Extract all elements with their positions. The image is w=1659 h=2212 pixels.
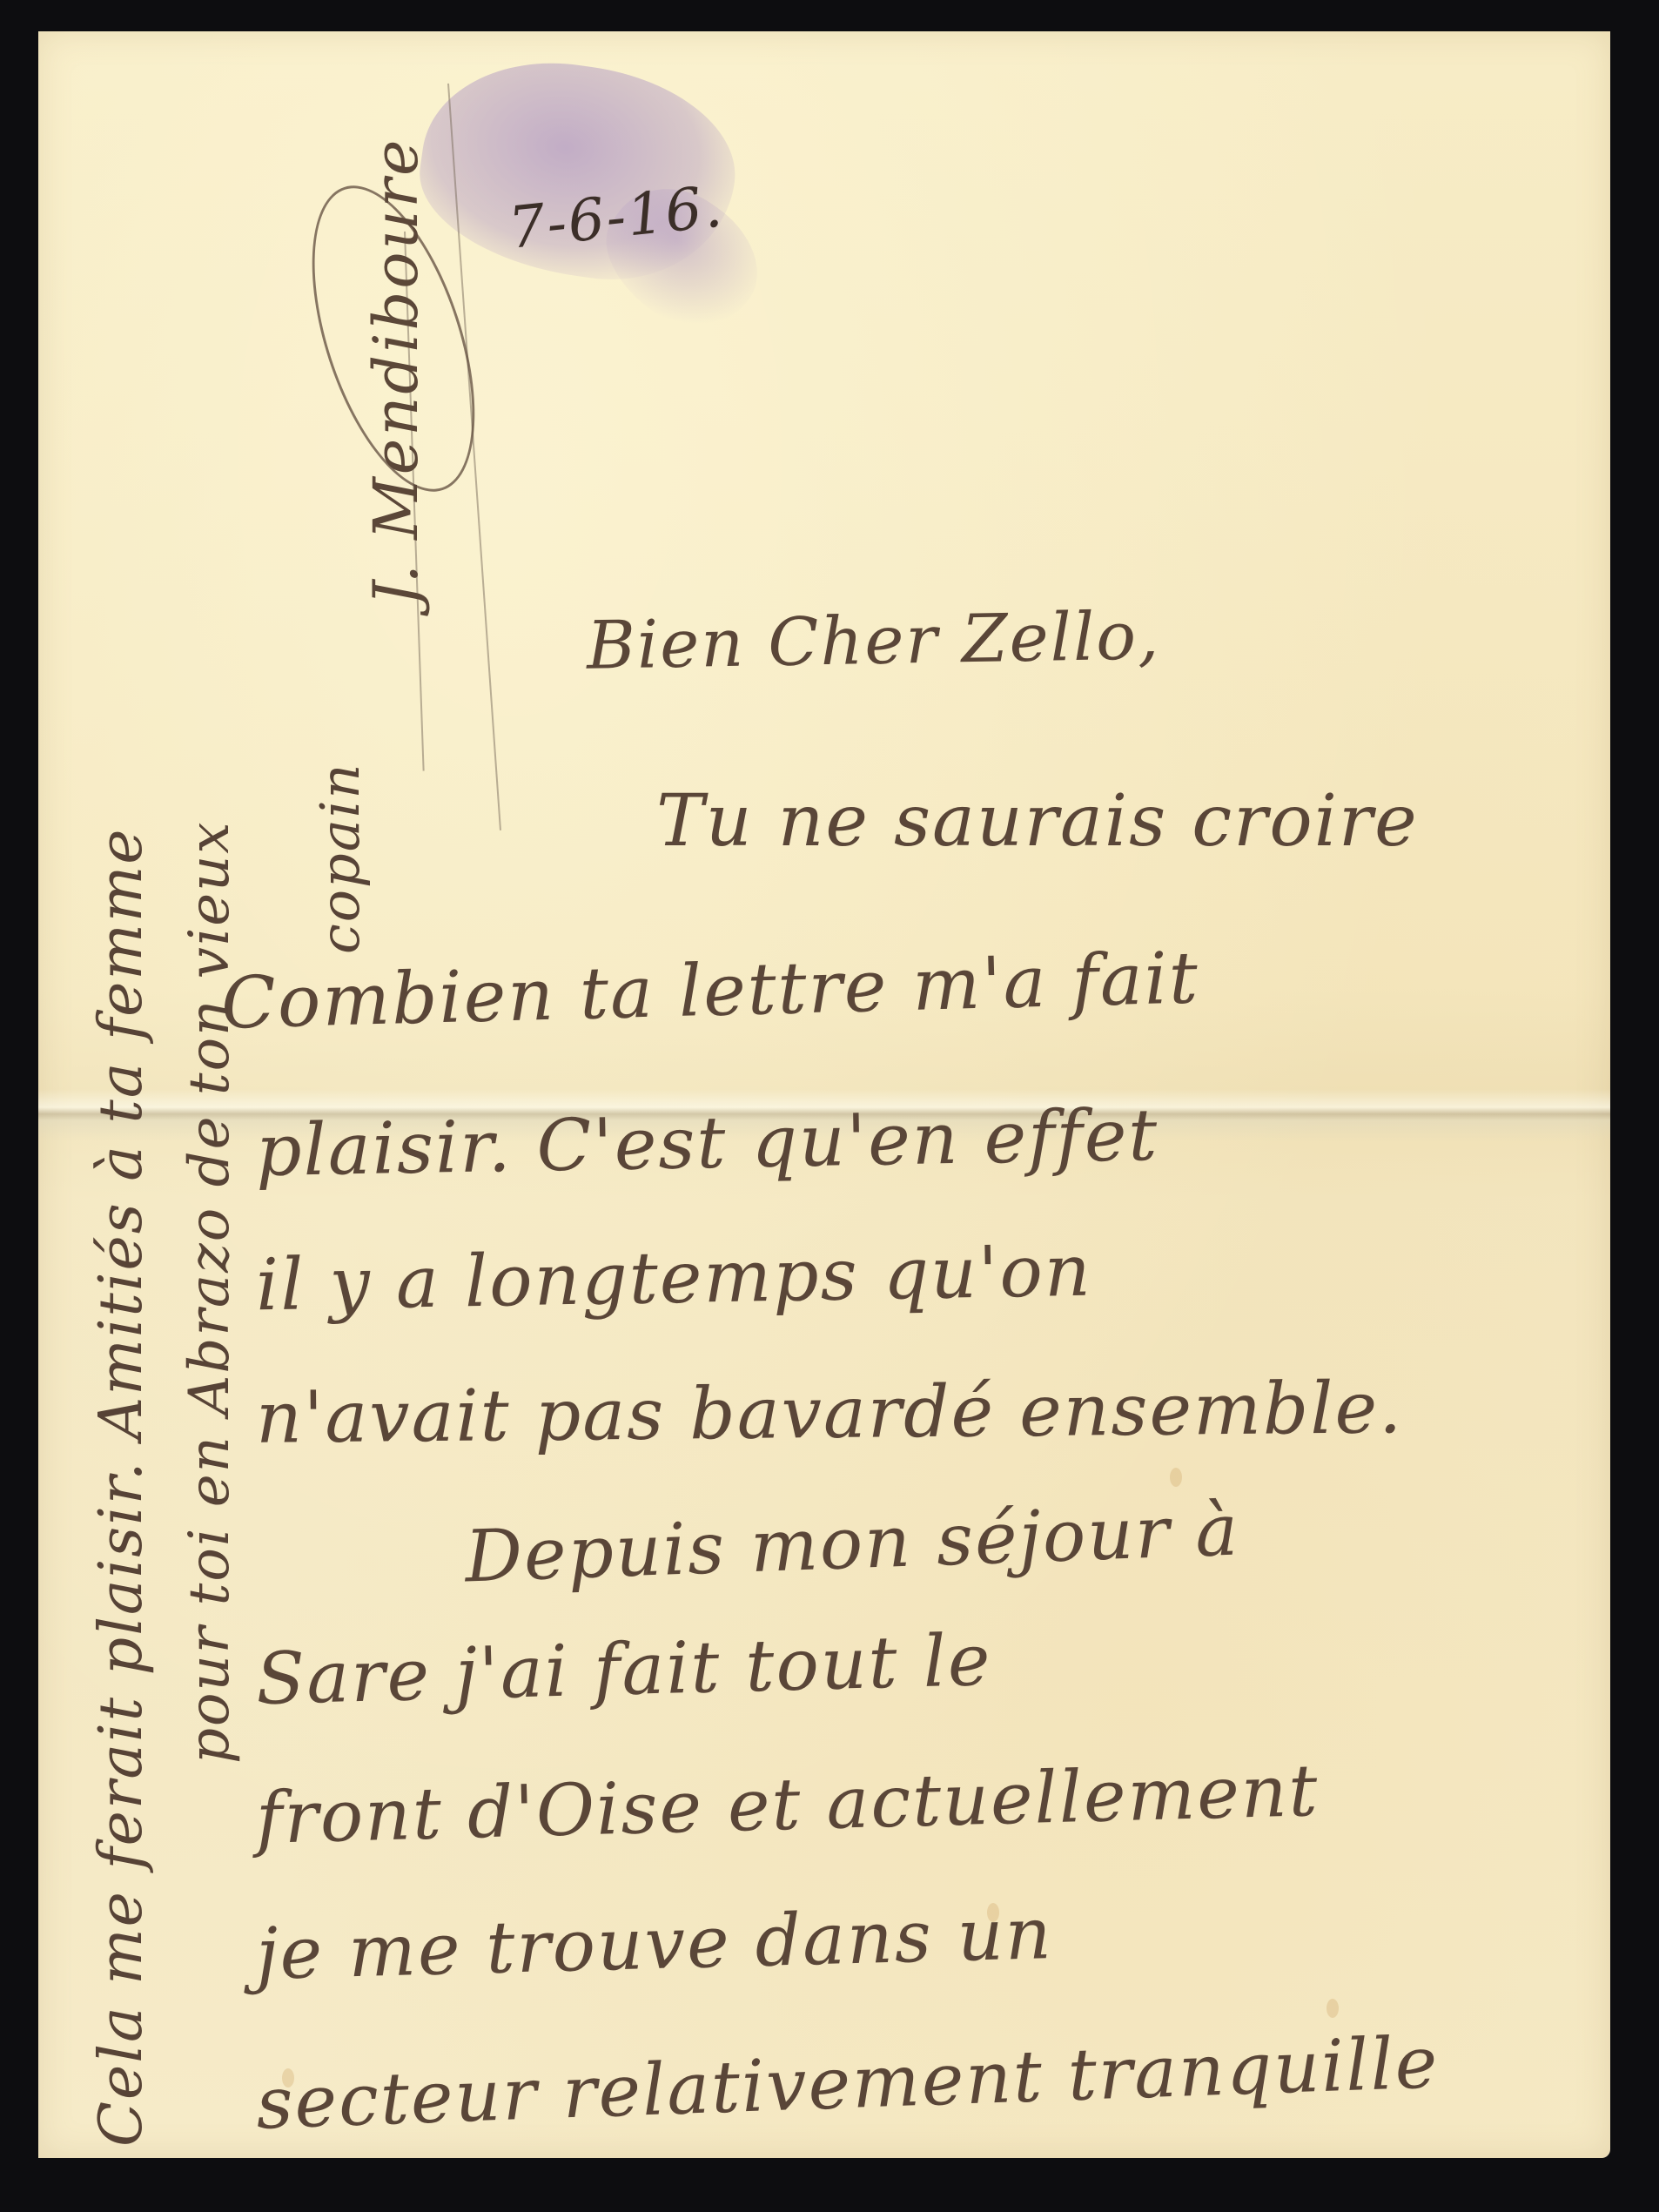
body-line: je me trouve dans un [255,1893,1054,1996]
body-line: Sare j'ai fait tout le [255,1619,993,1721]
body-line: n'avait pas bavardé ensemble. [256,1367,1404,1459]
body-line: Tu ne saurais croire [656,780,1419,863]
margin-note-column-2: pour toi en Abrazo de ton vieux [178,821,242,1765]
letter-page: 7-6-16. Bien Cher Zello, Tu ne saurais c… [38,31,1610,2158]
body-line: secteur relativement tranquille [255,2021,1441,2145]
letter-salutation: Bien Cher Zello, [586,596,1161,683]
margin-note-column-1: Cela me ferait plaisir. Amitiés à ta fem… [87,827,156,2147]
body-line: front d'Oise et actuellement [255,1750,1320,1860]
body-line: il y a longtemps qu'on [255,1230,1092,1328]
margin-note-column-3: copain [308,763,372,954]
body-line: Depuis mon séjour à [464,1489,1241,1598]
body-line: plaisir. C'est qu'en effet [255,1094,1159,1193]
foxing-spot [1327,1999,1339,2018]
foxing-spot [1170,1468,1182,1487]
scan-background: 7-6-16. Bien Cher Zello, Tu ne saurais c… [0,0,1659,2212]
signature: J. Mendiboure [360,138,432,606]
